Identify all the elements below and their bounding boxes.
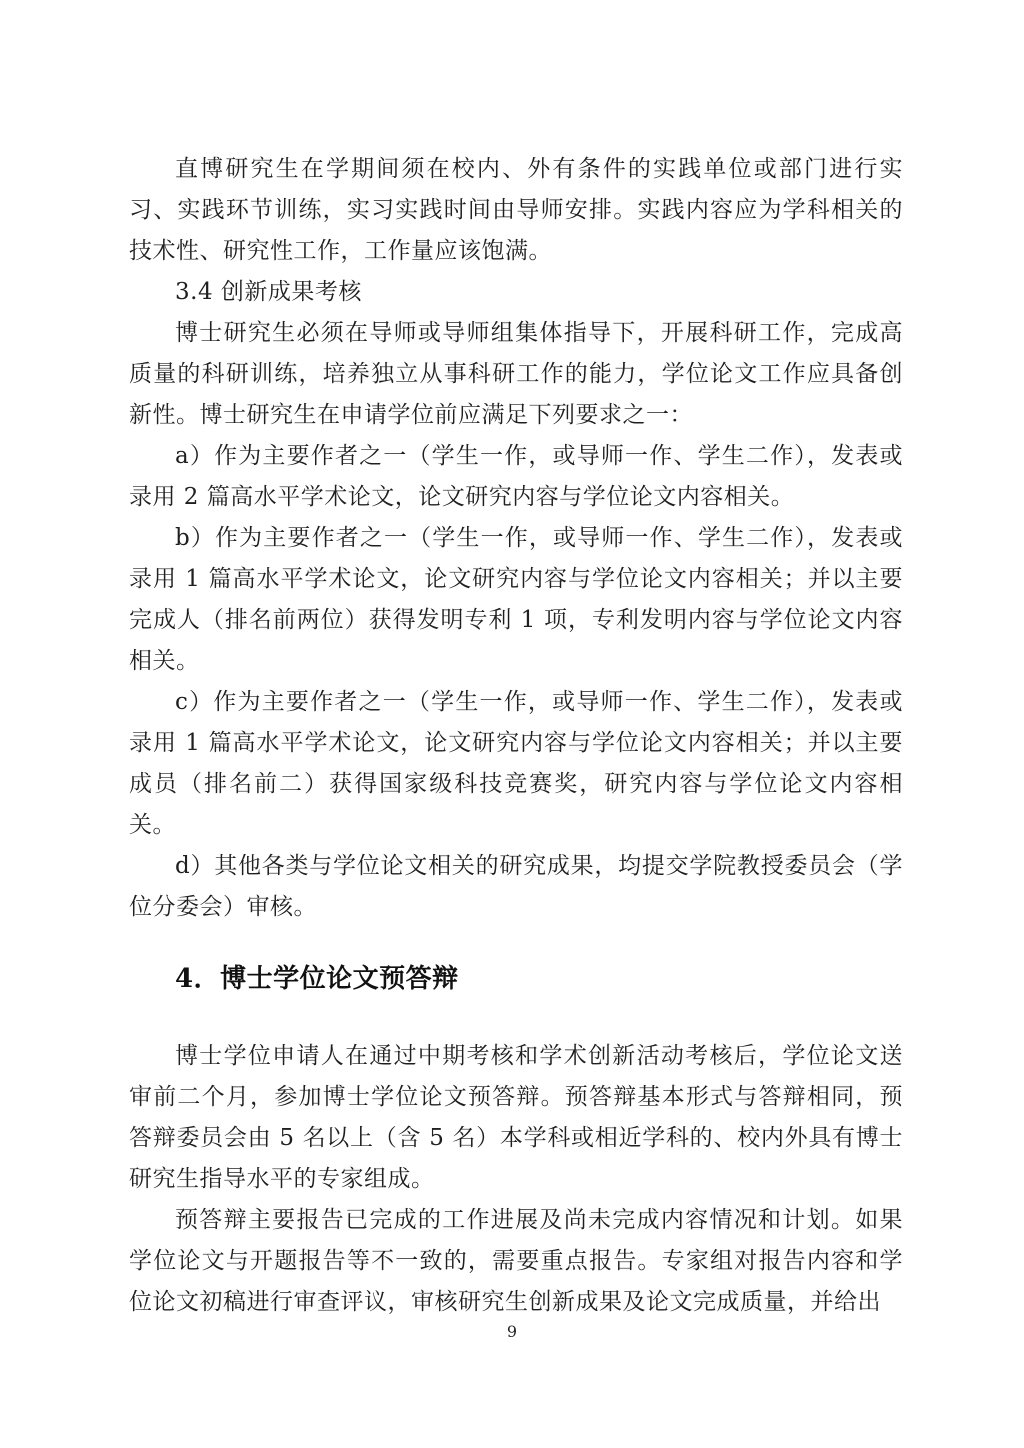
list-item-b: b）作为主要作者之一（学生一作，或导师一作、学生二作），发表或录用 1 篇高水平… [129, 518, 903, 682]
page-body: 直博研究生在学期间须在校内、外有条件的实践单位或部门进行实习、实践环节训练，实习… [129, 149, 903, 1323]
document-page: 直博研究生在学期间须在校内、外有条件的实践单位或部门进行实习、实践环节训练，实习… [0, 0, 1024, 1448]
list-item-a: a）作为主要作者之一（学生一作，或导师一作、学生二作），发表或录用 2 篇高水平… [129, 436, 903, 518]
list-item-c: c）作为主要作者之一（学生一作，或导师一作、学生二作），发表或录用 1 篇高水平… [129, 682, 903, 846]
section-heading-4: 4．博士学位论文预答辩 [129, 959, 903, 1000]
page-number: 9 [0, 1322, 1024, 1342]
list-item-d: d）其他各类与学位论文相关的研究成果，均提交学院教授委员会（学位分委会）审核。 [129, 846, 903, 928]
subsection-heading-3-4: 3.4 创新成果考核 [129, 272, 903, 313]
paragraph-internship: 直博研究生在学期间须在校内、外有条件的实践单位或部门进行实习、实践环节训练，实习… [129, 149, 903, 272]
paragraph-innovation-intro: 博士研究生必须在导师或导师组集体指导下，开展科研工作，完成高质量的科研训练，培养… [129, 313, 903, 436]
paragraph-predefense-1: 博士学位申请人在通过中期考核和学术创新活动考核后，学位论文送审前二个月，参加博士… [129, 1036, 903, 1200]
paragraph-predefense-2: 预答辩主要报告已完成的工作进展及尚未完成内容情况和计划。如果学位论文与开题报告等… [129, 1200, 903, 1323]
